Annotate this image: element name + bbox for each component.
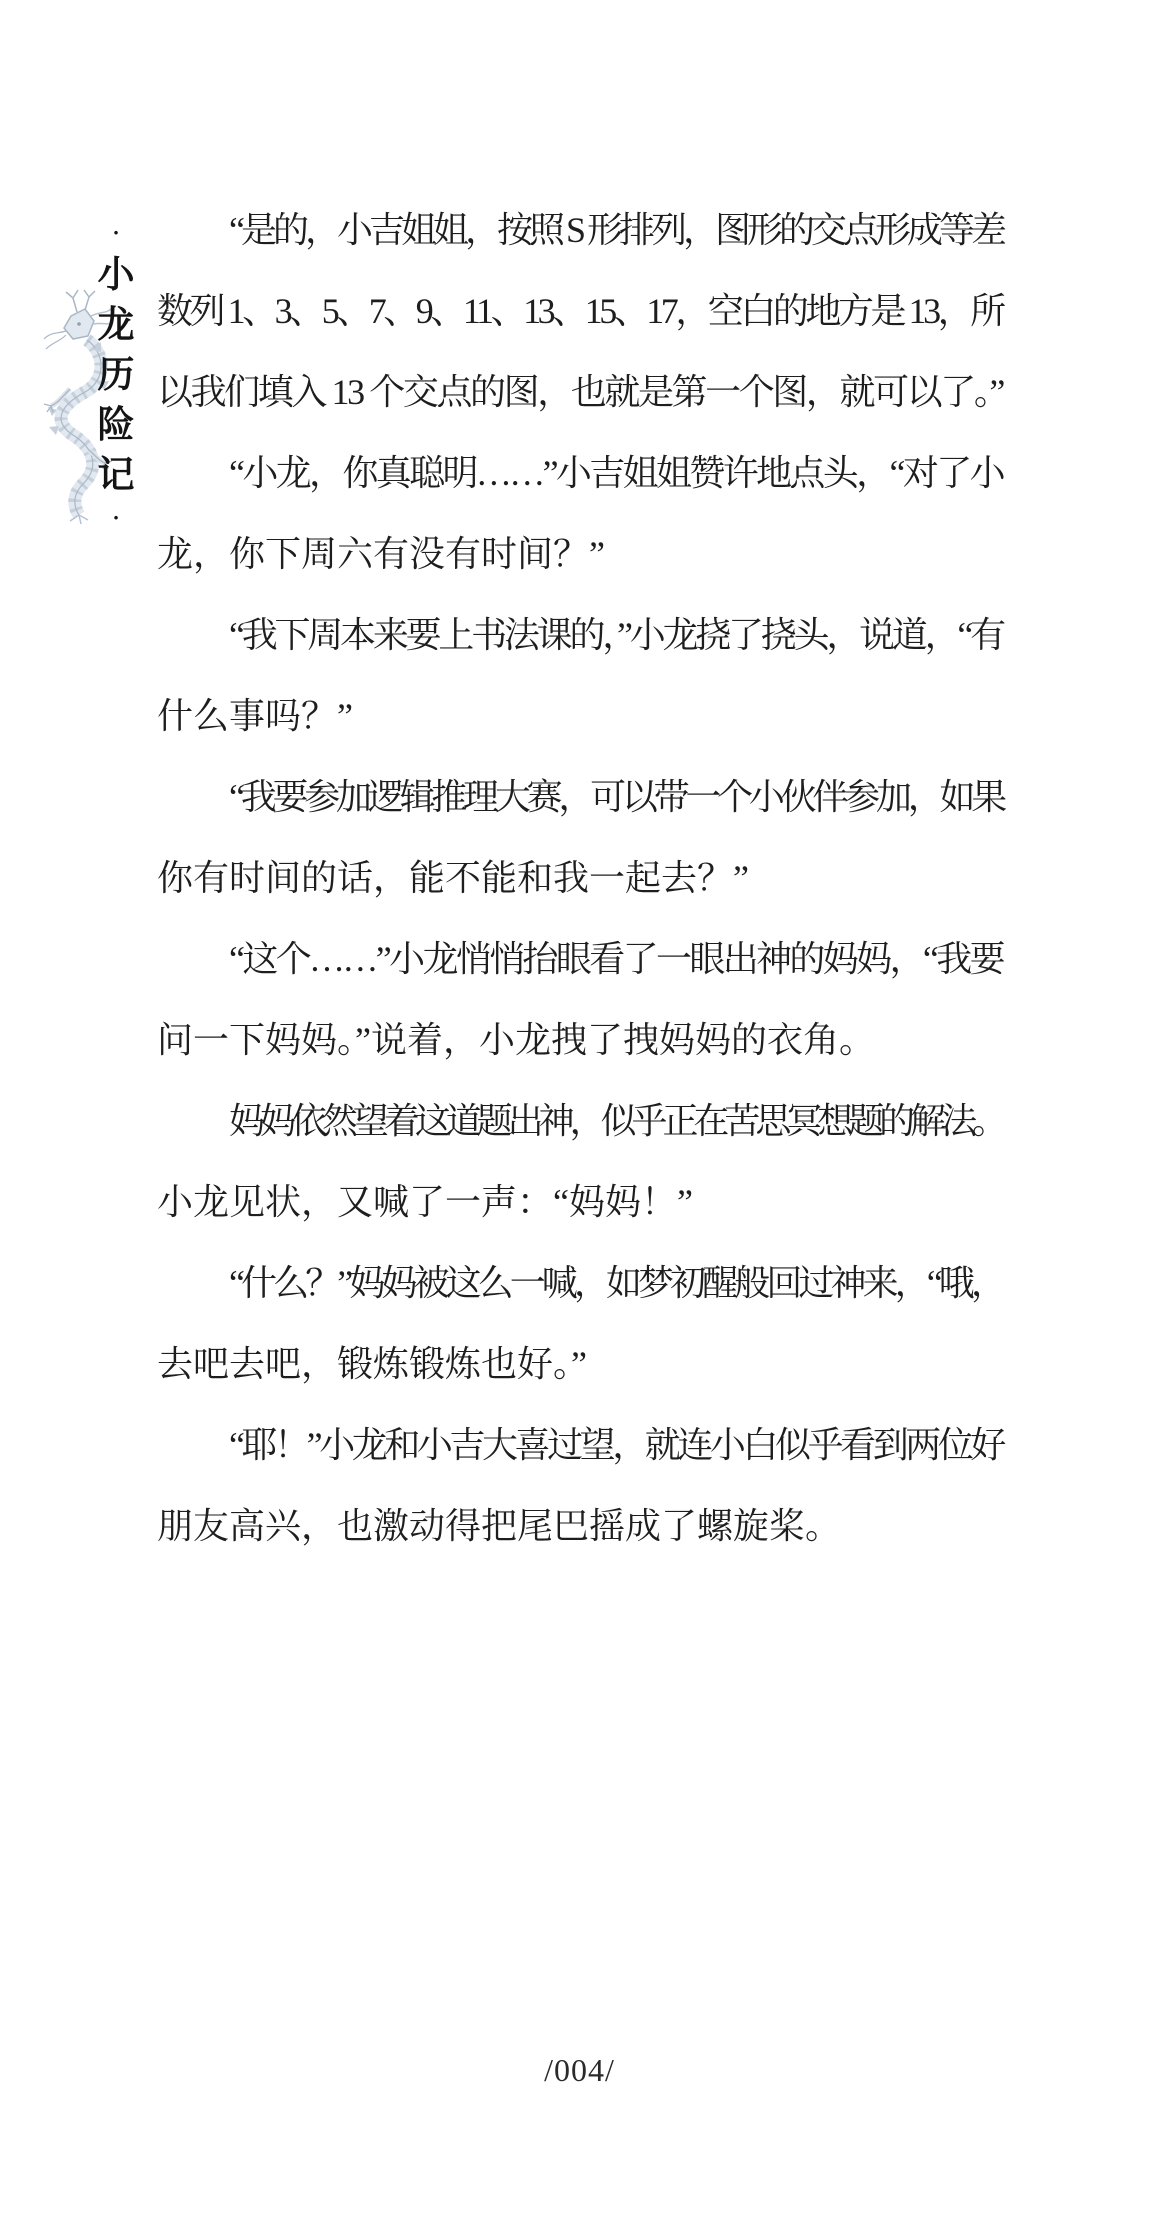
- sidebar-title-char: 小: [98, 257, 135, 294]
- sidebar-title-char: 险: [98, 407, 135, 444]
- text-line: “小龙，你真聪明……”小吉姐姐赞许地点头，“对了小: [157, 433, 1003, 514]
- text-line: 什么事吗？”: [157, 676, 1003, 757]
- text-line: “我要参加逻辑推理大赛，可以带一个小伙伴参加，如果: [157, 757, 1003, 838]
- sidebar-title-char: 历: [98, 357, 135, 394]
- page-body-text: “是的，小吉姐姐，按照 S 形排列，图形的交点形成等差 数列 1、3、5、7、9…: [157, 190, 1003, 1567]
- text-line: “耶！”小龙和小吉大喜过望，就连小白似乎看到两位好: [157, 1405, 1003, 1486]
- text-line: 龙，你下周六有没有时间？”: [157, 514, 1003, 595]
- text-line: 以我们填入 13 个交点的图，也就是第一个图，就可以了。”: [157, 352, 1003, 433]
- sidebar-top-dot: ·: [112, 222, 119, 244]
- page-number: /004/: [544, 2052, 615, 2088]
- sidebar-title-char: 龙: [98, 307, 135, 344]
- text-line: “这个……”小龙悄悄抬眼看了一眼出神的妈妈，“我要: [157, 919, 1003, 1000]
- text-line: 妈妈依然望着这道题出神，似乎正在苦思冥想题的解法。: [157, 1081, 1003, 1162]
- text-line: 小龙见状，又喊了一声：“妈妈！”: [157, 1162, 1003, 1243]
- text-line: 去吧去吧，锻炼锻炼也好。”: [157, 1324, 1003, 1405]
- text-line: 数列 1、3、5、7、9、11、13、15、17，空白的地方是 13，所: [157, 271, 1003, 352]
- text-line: 朋友高兴，也激动得把尾巴摇成了螺旋桨。: [157, 1486, 1003, 1567]
- text-line: 问一下妈妈。”说着，小龙拽了拽妈妈的衣角。: [157, 1000, 1003, 1081]
- text-line: “我下周本来要上书法课的，”小龙挠了挠头，说道，“有: [157, 595, 1003, 676]
- book-page: · 小 龙 历 险 记 · “是的，小吉姐姐，按照 S 形排列，图形的交点形成等…: [0, 0, 1159, 2225]
- text-line: “是的，小吉姐姐，按照 S 形排列，图形的交点形成等差: [157, 190, 1003, 271]
- page-footer: /004/: [0, 2052, 1159, 2089]
- text-line: 你有时间的话，能不能和我一起去？”: [157, 838, 1003, 919]
- sidebar-bottom-dot: ·: [112, 507, 119, 529]
- sidebar-title-char: 记: [98, 457, 135, 494]
- chapter-sidebar: · 小 龙 历 险 记 ·: [94, 222, 138, 529]
- text-line: “什么？”妈妈被这么一喊，如梦初醒般回过神来，“哦，: [157, 1243, 1003, 1324]
